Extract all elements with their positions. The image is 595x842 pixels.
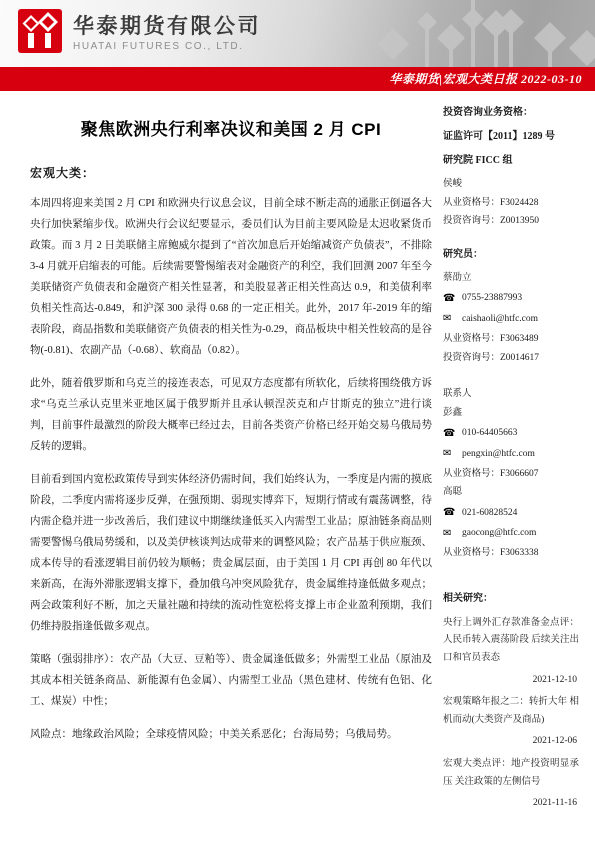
researcher-advisory-no: 投资咨询号：Z0014617: [443, 351, 579, 366]
related-research-date: 2021-11-16: [443, 796, 577, 811]
section-heading: 宏观大类：: [30, 164, 432, 181]
page-header: 华泰期货有限公司 HUATAI FUTURES CO., LTD.: [0, 0, 595, 67]
phone-icon: ☎: [443, 505, 462, 521]
contact-card: 彭鑫 ☎ 010-64405663 ✉ pengxin@htfc.com 从业资…: [443, 406, 579, 481]
qualification-label: 投资咨询业务资格：: [443, 105, 579, 120]
researcher-heading: 研究员：: [443, 247, 579, 262]
researcher-phone: 0755-23887993: [462, 291, 522, 306]
body-paragraph-1: 本周四将迎来美国 2 月 CPI 和欧洲央行议息会议，目前全球不断走高的通胀正倒…: [30, 193, 432, 361]
contact-email: gaocong@htfc.com: [462, 526, 536, 541]
researcher-card: 蔡劭立 ☎ 0755-23887993 ✉ caishaoli@htfc.com…: [443, 271, 579, 365]
related-research-title: 宏观大类点评：地产投资明显承压 关注政策的左侧信号: [443, 756, 579, 791]
contact-heading: 联系人: [443, 387, 579, 402]
contact-phone: 021-60828524: [462, 506, 517, 521]
report-body: 聚焦欧洲央行利率决议和美国 2 月 CPI 宏观大类： 本周四将迎来美国 2 月…: [0, 91, 595, 815]
related-research-date: 2021-12-10: [443, 673, 577, 688]
institute-group: 研究院 FICC 组: [443, 153, 579, 168]
sidebar: 投资咨询业务资格： 证监许可【2011】1289 号 研究院 FICC 组 侯峻…: [443, 105, 585, 815]
report-title: 聚焦欧洲央行利率决议和美国 2 月 CPI: [30, 115, 432, 140]
director-name: 侯峻: [443, 177, 579, 192]
contact-name: 彭鑫: [443, 406, 579, 421]
related-research-item: 央行上调外汇存款准备金点评：人民币转入震荡阶段 后续关注出口和官员表态 2021…: [443, 615, 579, 687]
body-paragraph-3: 目前看到国内宽松政策传导到实体经济仍需时间，我们始终认为，一季度是内需的摸底阶段…: [30, 469, 432, 637]
email-icon: ✉: [443, 446, 462, 462]
body-paragraph-risks: 风险点：地缘政治风险；全球疫情风险；中美关系恶化；台海局势；乌俄局势。: [30, 724, 432, 745]
huatai-logo: [18, 9, 62, 58]
contact-phone: 010-64405663: [462, 426, 517, 441]
license-number: 证监许可【2011】1289 号: [443, 129, 579, 144]
report-banner: 华泰期货|宏观大类日报 2022-03-10: [0, 67, 595, 91]
email-icon: ✉: [443, 311, 462, 327]
researcher-practice-no: 从业资格号：F3063489: [443, 332, 579, 347]
director-practice-no: 从业资格号：F3024428: [443, 196, 579, 211]
contact-card: 高聪 ☎ 021-60828524 ✉ gaocong@htfc.com 从业资…: [443, 485, 579, 560]
contact-practice-no: 从业资格号：F3063338: [443, 546, 579, 561]
related-research-date: 2021-12-06: [443, 734, 577, 749]
company-name-block: 华泰期货有限公司 HUATAI FUTURES CO., LTD.: [73, 15, 261, 51]
body-paragraph-2: 此外，随着俄罗斯和乌克兰的接连表态，可见双方态度都有所软化，后续将围绕俄方诉求“…: [30, 373, 432, 457]
director-advisory-no: 投资咨询号：Z0013950: [443, 214, 579, 229]
company-name-cn: 华泰期货有限公司: [73, 15, 261, 38]
researcher-email: caishaoli@htfc.com: [462, 312, 538, 327]
huatai-diamond-logo-icon: [18, 9, 62, 58]
diamond-tree-pattern-icon: [365, 0, 595, 67]
related-research-item: 宏观大类点评：地产投资明显承压 关注政策的左侧信号 2021-11-16: [443, 756, 579, 811]
main-column: 聚焦欧洲央行利率决议和美国 2 月 CPI 宏观大类： 本周四将迎来美国 2 月…: [30, 105, 432, 815]
email-icon: ✉: [443, 526, 462, 542]
researcher-name: 蔡劭立: [443, 271, 579, 286]
related-research-title: 央行上调外汇存款准备金点评：人民币转入震荡阶段 后续关注出口和官员表态: [443, 615, 579, 668]
contact-email: pengxin@htfc.com: [462, 447, 535, 462]
contact-name: 高聪: [443, 485, 579, 500]
phone-icon: ☎: [443, 291, 462, 307]
contact-practice-no: 从业资格号：F3066607: [443, 467, 579, 482]
body-paragraph-strategy: 策略（强弱排序）：农产品（大豆、豆粕等）、贵金属逢低做多；外需型工业品（原油及其…: [30, 649, 432, 712]
related-research-item: 宏观策略年报之二：转折大年 相机而动(大类资产及商品) 2021-12-06: [443, 694, 579, 749]
related-research-heading: 相关研究：: [443, 591, 579, 606]
company-name-en: HUATAI FUTURES CO., LTD.: [73, 41, 261, 52]
related-research-title: 宏观策略年报之二：转折大年 相机而动(大类资产及商品): [443, 694, 579, 729]
phone-icon: ☎: [443, 426, 462, 442]
